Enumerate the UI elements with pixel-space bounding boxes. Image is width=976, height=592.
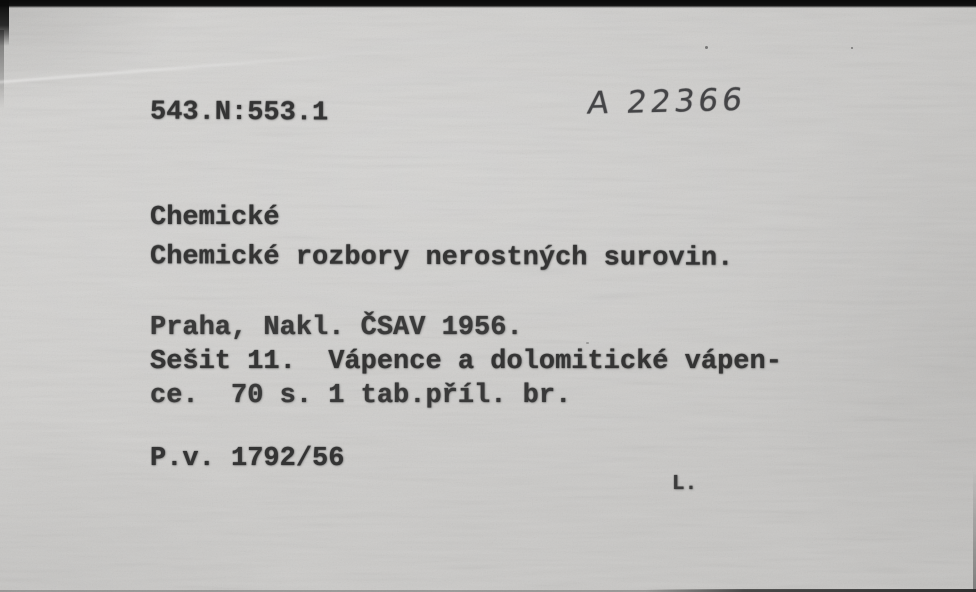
paper-speck bbox=[705, 46, 708, 49]
title: Chemické rozbory nerostných surovin. bbox=[150, 240, 733, 276]
heading-entry: Chemické bbox=[150, 201, 280, 235]
paper-speck bbox=[851, 47, 853, 49]
paper-speck bbox=[586, 342, 589, 344]
scan-edge-left-soft bbox=[0, 30, 4, 110]
collation-line-1: Sešit 11. Vápence a dolomitické vápen- bbox=[150, 345, 782, 379]
scan-edge-top bbox=[0, 0, 976, 8]
collation-line-2: ce. 70 s. 1 tab.příl. br. bbox=[150, 379, 571, 413]
imprint: Praha, Nakl. ČSAV 1956. bbox=[150, 311, 523, 345]
call-number: 543.N:553.1 bbox=[150, 96, 328, 131]
catalog-card-scan: 543.N:553.1 A 22366 Chemické Chemické ro… bbox=[0, 0, 976, 592]
cataloguer-initial: L. bbox=[672, 468, 697, 502]
accession-number: A 22366 bbox=[585, 82, 748, 122]
record-number: P.v. 1792/56 bbox=[150, 442, 344, 476]
